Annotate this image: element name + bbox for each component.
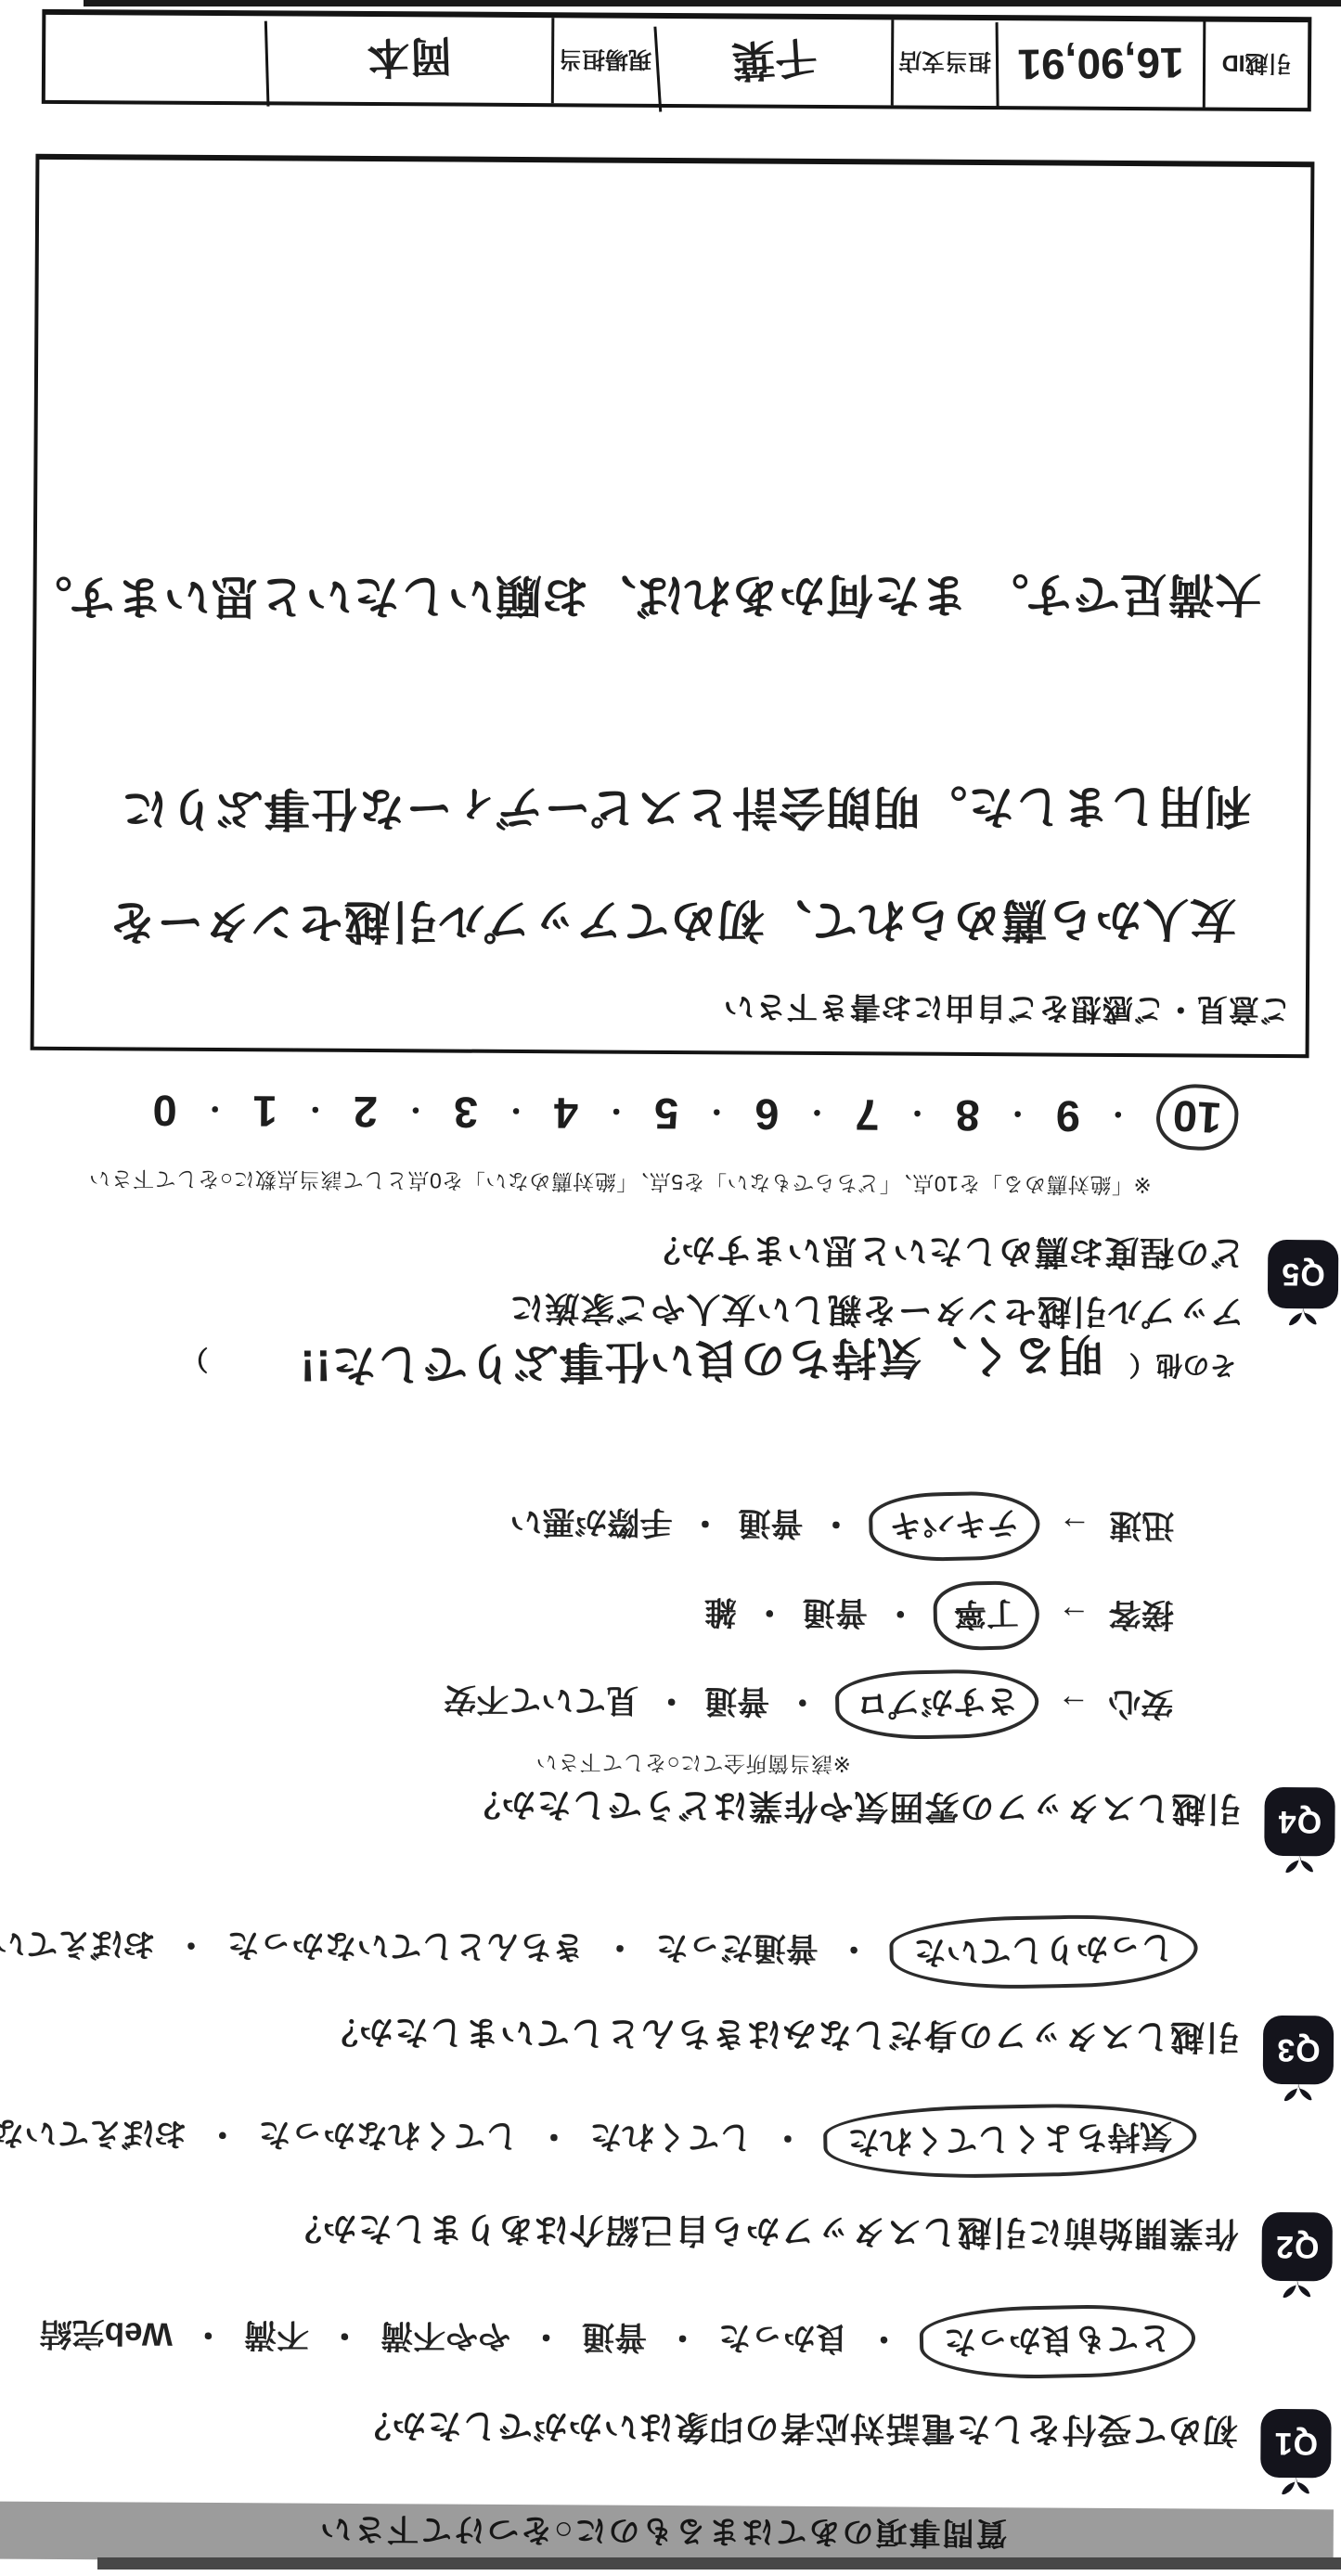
q4-row-sekkyaku: 接客 → 丁寧 ・ 普通 ・ 雑 [704,1591,1174,1640]
scale-8: 8 [955,1090,979,1141]
q2-question: 作業開始前に引越しスタッフから自己紹介はありましたか？ [286,2206,1239,2302]
scanned-survey-sheet: 質問事項のあてはまるものに○をつけて下さい Q1 初めて受付をした電話対応者の印… [0,0,1341,2576]
empty-cell [45,15,266,101]
option-separator: ・ [206,2113,239,2159]
other-open-label: その他（ [1128,1347,1236,1386]
option-separator: ・ [771,2117,804,2163]
comment-box: ご意見・ご感想をご自由にお書き下さい 友人から薦められて、初めてアップル引越セン… [31,154,1315,1058]
admin-table: 引越ID 16,90,91 担当支店 千葉 現場担当 岡本 [42,9,1312,111]
scale-separator: ・ [803,1094,831,1135]
sprout-icon [1283,2082,1314,2106]
q4-row2-label: 接客 [1109,1593,1174,1640]
sprout-icon [1281,2279,1312,2303]
q2-option-selected: 気持ちよくしてくれた [823,2101,1198,2181]
q1-badge-label: Q1 [1260,2409,1331,2478]
q1-option-3: 普通 [582,2315,647,2362]
scale-separator: ・ [903,1095,931,1136]
q4-row2-option-2: 普通 [803,1591,868,1638]
scale-separator: ・ [1104,1096,1132,1137]
scale-separator: ・ [302,1091,329,1132]
q3-question: 引越しスタッフの身だしなみはきちんとしていましたか？ [323,2010,1241,2106]
q5-question-line2: どの程度お薦めしたいと思いますか？ [509,1218,1245,1282]
q4-row2-selected: 丁寧 [933,1580,1039,1651]
scale-separator: ・ [200,1090,228,1131]
q4-row1-option-2: 普通 [704,1680,769,1726]
option-separator: ・ [786,1681,819,1727]
upside-down-page: 質問事項のあてはまるものに○をつけて下さい Q1 初めて受付をした電話対応者の印… [0,0,1341,2576]
crew-label: 現場担当 [551,18,657,104]
q4-badge: Q4 [1263,1787,1336,1878]
q5-nps-scale: 10 ・ 9 ・ 8 ・ 7 ・ 6 ・ 5 ・ 4 ・ 3 ・ 2 ・ 1 ・… [152,1086,1238,1143]
q4-row3-option-2: 普通 [738,1501,803,1548]
scale-0: 0 [152,1086,176,1137]
handwritten-comment-line3: 大満足です。 また何かあれば、お願いしたいと思います。 [25,564,1262,634]
option-separator: ・ [884,1591,917,1638]
arrow-icon: → [1057,1687,1090,1724]
scan-edge-top [84,0,1341,6]
scale-4: 4 [554,1088,578,1139]
sprout-icon [1283,1854,1315,1878]
q4-row1-option-3: 見ていて不安 [444,1679,638,1726]
q4-row3-option-3: 手際が悪い [509,1501,672,1548]
q1-question: 初めて受付をした電話対応者の印象はいかがでしたか？ [355,2403,1238,2500]
q1-option-5: 不満 [244,2313,309,2360]
q3-option-4: おぼえていない [0,1922,156,1969]
q2-option-3: してくれなかった [258,2113,518,2161]
option-separator: ・ [537,2115,570,2161]
q2-block: Q2 作業開始前に引越しスタッフから自己紹介はありましたか？ [286,2206,1334,2303]
q3-block: Q3 引越しスタッフの身だしなみはきちんとしていましたか？ [323,2010,1335,2107]
option-separator: ・ [530,2315,562,2362]
q4-row3-selected: テキパキ [869,1490,1040,1563]
arrow-icon: → [1058,1598,1090,1635]
sprout-icon [1287,1307,1319,1331]
arrow-icon: → [1058,1509,1090,1546]
q4-row-jinsoku: 迅速 → テキパキ ・ 普通 ・ 手際が悪い [509,1501,1174,1551]
q4-question: 引越しスタッフの雰囲気や作業はどうでしたか？ [465,1783,1242,1878]
q2-badge-label: Q2 [1261,2212,1332,2281]
q1-badge: Q1 [1259,2409,1333,2500]
option-separator: ・ [174,1924,207,1970]
q4-row-anshin: 安心 → さすがプロ ・ 普通 ・ 見ていて不安 [444,1679,1173,1730]
option-separator: ・ [655,1680,688,1726]
scale-6: 6 [754,1089,779,1140]
scale-separator: ・ [1004,1096,1032,1137]
scale-3: 3 [454,1088,478,1139]
handwritten-comment-line2: 利用しました。明朗会計とスピーディーな仕事ぶりに [121,776,1251,845]
q1-option-4: やや不満 [380,2314,510,2362]
scale-separator: ・ [602,1093,630,1134]
q4-row1-selected: さすがプロ [835,1668,1039,1741]
option-separator: ・ [754,1591,786,1638]
q3-badge-label: Q3 [1263,2016,1334,2084]
q5-question: アップル引越センターを親しい友人やご家族に どの程度お薦めしたいと思いますか？ [509,1218,1244,1342]
q1-options: とても良かった ・ 良かった ・ 普通 ・ やや不満 ・ 不満 ・ Web完結 [40,2311,1196,2368]
q5-block: Q5 アップル引越センターを親しい友人やご家族に どの程度お薦めしたいと思います… [509,1218,1339,1331]
q3-option-3: きちんとしていなかった [226,1924,584,1972]
q3-options: しっかりしていた ・ 普通だった ・ きちんとしていなかった ・ おぼえていない [0,1920,1198,1977]
q4-block: Q4 引越しスタッフの雰囲気や作業はどうでしたか？ [465,1783,1336,1879]
scale-7: 7 [855,1089,879,1140]
sprout-icon [1280,2476,1311,2500]
branch-value: 千葉 [653,12,893,112]
crew-name-value: 岡本 [264,13,553,107]
option-separator: ・ [868,2317,900,2363]
option-separator: ・ [329,2314,361,2361]
option-separator: ・ [666,2316,699,2363]
scale-separator: ・ [502,1092,530,1133]
q2-option-2: してくれた [589,2115,752,2162]
scale-2: 2 [354,1087,378,1138]
q5-badge-label: Q5 [1268,1240,1338,1308]
scan-edge-bottom [97,2557,1341,2570]
q4-row3-label: 迅速 [1109,1504,1174,1551]
scale-1: 1 [252,1086,277,1137]
q3-badge: Q3 [1262,2016,1335,2106]
q5-badge: Q5 [1267,1240,1340,1331]
scale-separator: ・ [703,1094,730,1135]
q4-note: ※該当箇所全てに○をして下さい [535,1748,851,1781]
comment-box-header: ご意見・ご感想をご自由にお書き下さい [723,986,1291,1034]
q1-option-2: 良かった [718,2316,848,2363]
q5-question-line1: アップル引越センターを親しい友人やご家族に [509,1278,1244,1342]
other-close-paren: ） [181,1342,208,1380]
q4-row1-label: 安心 [1108,1682,1173,1729]
scale-9: 9 [1056,1091,1080,1142]
option-separator: ・ [603,1926,636,1973]
branch-label: 担当支店 [891,19,997,106]
option-separator: ・ [819,1502,852,1549]
option-separator: ・ [192,2313,225,2360]
q2-option-4: おぼえていない [0,2111,187,2158]
q1-option-selected: とても良かった [919,2303,1196,2381]
scale-5: 5 [654,1088,678,1140]
q2-options: 気持ちよくしてくれた ・ してくれた ・ してくれなかった ・ おぼえていない [0,2109,1197,2167]
handwritten-comment-line1: 友人から薦められて、初めてアップル引越センターを [109,889,1237,959]
q1-option-6: Web完結 [40,2312,174,2360]
q4-badge-label: Q4 [1264,1787,1335,1856]
moving-id-label: 引越ID [1203,21,1309,108]
q2-badge: Q2 [1260,2212,1334,2303]
q3-option-selected: しっかりしていた [889,1913,1199,1991]
scale-separator: ・ [402,1092,430,1133]
option-separator: ・ [689,1501,721,1548]
scale-10-selected: 10 [1154,1082,1240,1153]
q4-row2-option-3: 雑 [704,1591,737,1637]
q3-option-2: 普通だった [655,1926,818,1974]
moving-id-value: 16,90,91 [996,20,1204,109]
option-separator: ・ [837,1927,870,1974]
q1-block: Q1 初めて受付をした電話対応者の印象はいかがでしたか？ [355,2403,1333,2500]
q5-note: ※「絶対薦める」を10点、「どちらでもない」を5点、「絶対薦めない」を0点として… [88,1165,1151,1202]
